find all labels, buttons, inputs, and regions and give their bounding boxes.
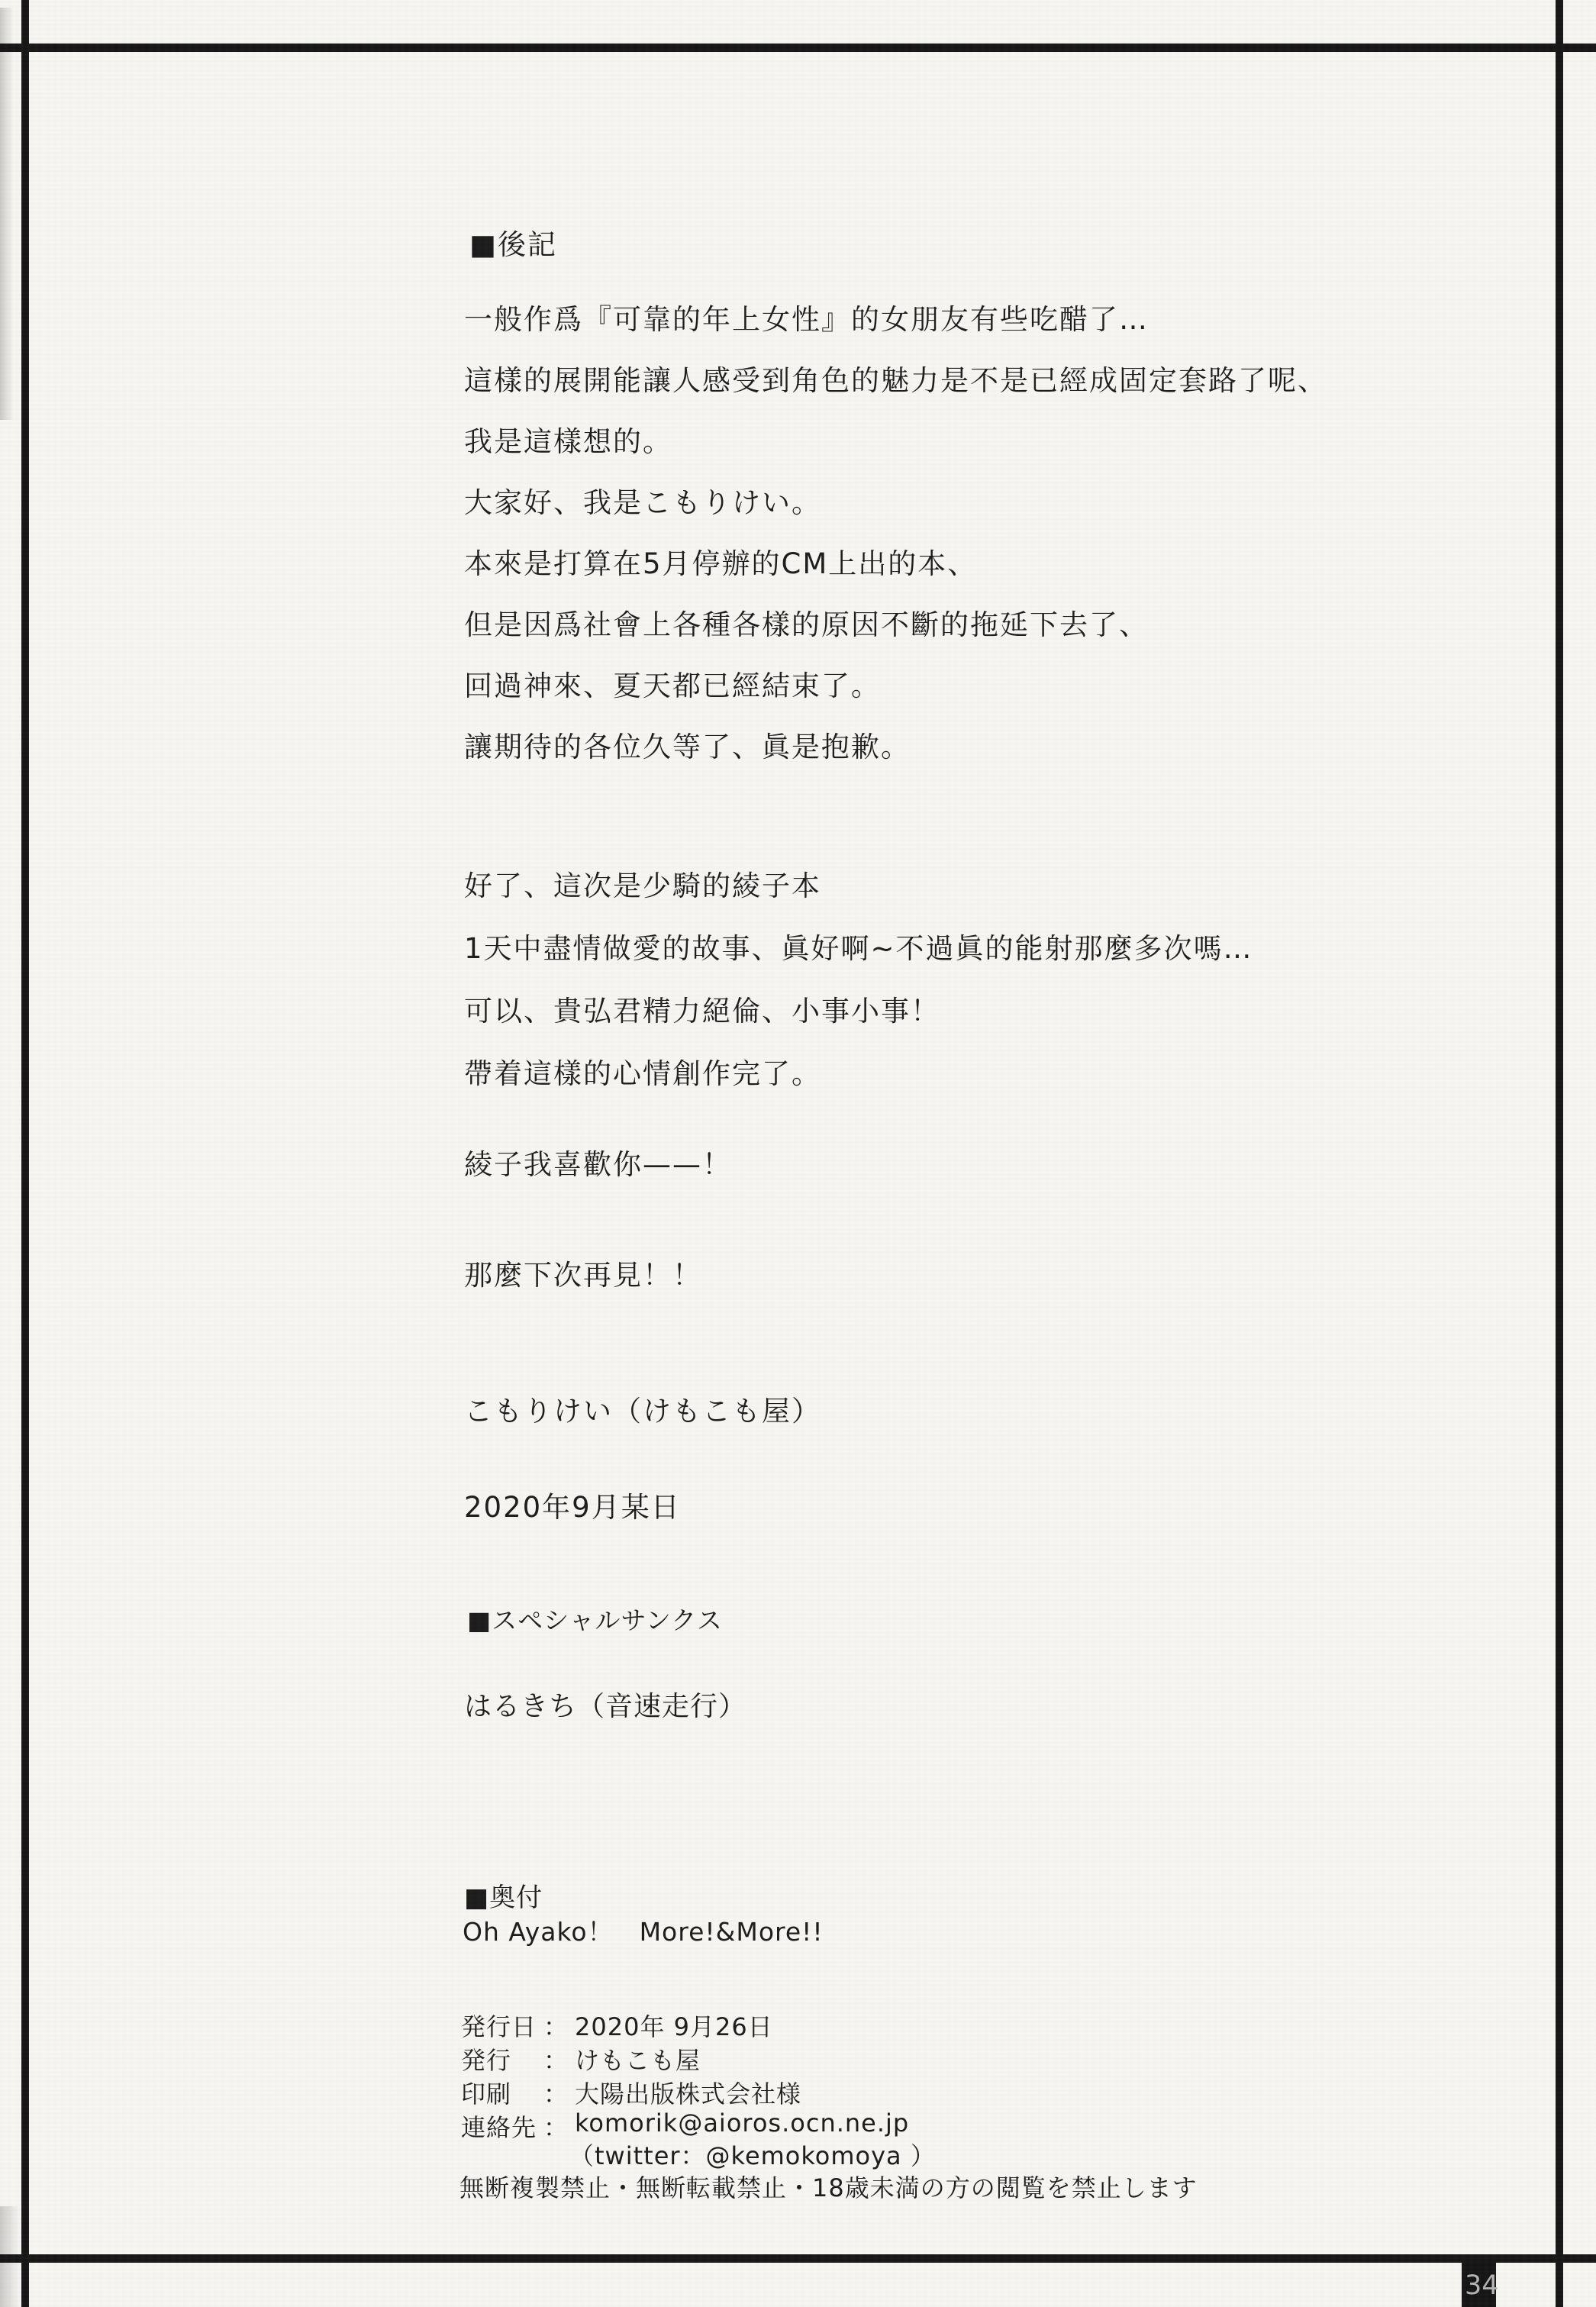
colophon-label: 発行 [461,2041,543,2076]
colophon-row-printer: 印刷：大陽出版株式会社様 [461,2075,801,2110]
colophon-colon: ： [543,2008,569,2043]
afterword-line: 但是因爲社會上各種各樣的原因不斷的拖延下去了、 [464,609,1149,642]
colophon-colon: ： [543,2109,569,2144]
colophon-book-title: Oh Ayako！ More!&More!! [463,1918,824,1947]
frame-line-bottom [0,2254,1596,2263]
frame-line-right [1556,0,1563,2307]
colophon-label: 発行日 [461,2008,543,2043]
colophon-value: komorik@aioros.ocn.ne.jp [575,2109,909,2144]
colophon-label: 印刷 [461,2075,543,2110]
page-number: 34 [1465,2270,1499,2301]
afterword-line: 好了、這次是少騎的綾子本 [464,870,821,903]
afterword-line: 我是這樣想的。 [464,426,672,459]
scan-streak-top-left [0,8,14,420]
afterword-line: 回過神來、夏天都已經結束了。 [464,670,881,703]
colophon-value: 大陽出版株式会社様 [575,2075,801,2110]
colophon-value: けもこも屋 [575,2041,701,2076]
afterword-line: 一般作爲『可靠的年上女性』的女朋友有些吃醋了… [464,304,1149,337]
colophon-row-contact: 連絡先：komorik@aioros.ocn.ne.jp [461,2109,909,2144]
frame-line-left [21,0,29,2307]
colophon-colon: ： [543,2041,569,2076]
scanned-afterword-page: ■後記 一般作爲『可靠的年上女性』的女朋友有些吃醋了… 這樣的展開能讓人感受到角… [0,0,1596,2307]
afterword-line: 這樣的展開能讓人感受到角色的魅力是不是已經成固定套路了呢、 [464,365,1327,398]
afterword-line: 讓期待的各位久等了、眞是抱歉。 [464,731,911,764]
page-number-badge: 34 [1462,2261,1496,2307]
frame-line-top [0,44,1596,52]
colophon-value: 2020年 9月26日 [575,2008,773,2043]
colophon-row-publisher: 発行：けもこも屋 [461,2041,701,2076]
afterword-heading: ■後記 [469,229,557,262]
colophon-heading: ■奥付 [464,1883,543,1913]
afterword-line: 帶着這樣的心情創作完了。 [464,1058,821,1091]
colophon-notice: 無断複製禁止・無断転載禁止・18歳未満の方の閲覧を禁止します [459,2174,1198,2202]
colophon-colon: ： [543,2075,569,2110]
colophon-row-publish-date: 発行日：2020年 9月26日 [461,2008,773,2043]
afterword-line: 大家好、我是こもりけい。 [464,487,821,520]
afterword-line: 1天中盡情做愛的故事、眞好啊~不過眞的能射那麼多次嗎… [464,933,1253,966]
afterword-line: 可以、貴弘君精力絕倫、小事小事！ [464,995,940,1028]
afterword-line: 那麼下次再見！！ [464,1260,702,1292]
special-thanks-name: はるきち（音速走行） [464,1691,746,1722]
afterword-date: 2020年9月某日 [464,1492,681,1525]
afterword-line: 綾子我喜歡你——！ [464,1149,732,1182]
colophon-twitter: （twitter：@kemokomoya ） [569,2142,936,2170]
colophon-label: 連絡先 [461,2109,543,2144]
afterword-line: 本來是打算在5月停辦的CM上出的本、 [464,548,977,581]
afterword-signature: こもりけい（けもこも屋） [464,1395,821,1428]
special-thanks-heading: ■スペシャルサンクス [467,1606,723,1635]
